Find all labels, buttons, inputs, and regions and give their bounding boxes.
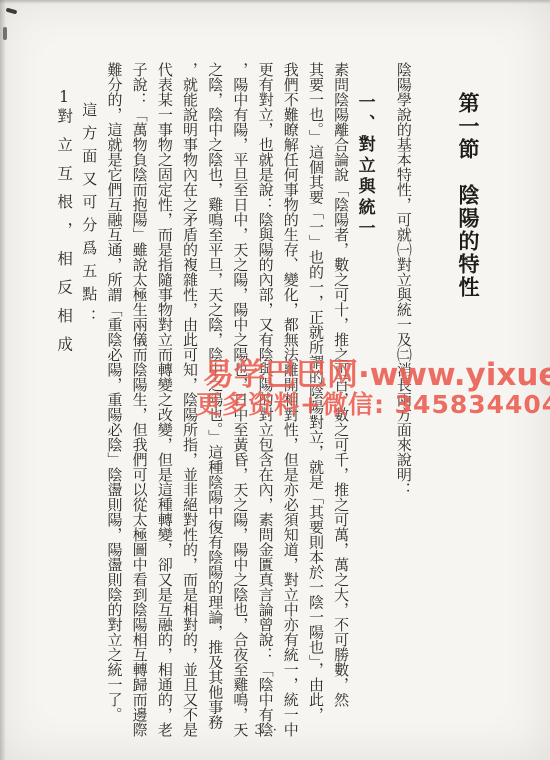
section-title: 第一節 陰陽的特性 <box>456 62 480 756</box>
scan-smudge <box>6 8 18 15</box>
body-column-4: 更有對立，也就是說：陰與陽的內部，又有陰與陽的對立包含在內，素問金匱真言論曾說：… <box>257 62 273 756</box>
page-number: · 3 · <box>0 723 520 738</box>
scan-smudge <box>3 27 7 40</box>
body-column-8: 代表某一事物之固定性，而是指隨事物對立而轉變之改變，但是這種轉變，卻又是互融的，… <box>157 62 173 756</box>
list-item-number: 1 <box>55 88 73 108</box>
subsection-heading: 一、對立與統一 <box>354 62 374 756</box>
book-page: 第一節 陰陽的特性 陰陽學說的基本特性，可就㈠對立與統一及㈡消長兩方面來說明： … <box>0 0 550 760</box>
body-column-9: 子說：「萬物負陰而抱陽」雖說太極生兩儀而陰陽生，但我們可以從太極圖中看到陰陽相互… <box>131 62 147 756</box>
body-column-7: ，就能說明事物內在之矛盾的複雜性，由此可知，陰陽所指，並非絕對性的，而是相對的，… <box>182 62 198 756</box>
scan-edge-shadow <box>0 0 550 4</box>
intro-column: 陰陽學說的基本特性，可就㈠對立與統一及㈡消長兩方面來說明： <box>396 62 412 756</box>
body-column-2: 其要一也。」這個其要「一」也的一，正就所謂的陰陽對立，就是「其要則本於一陰一陽也… <box>308 62 324 756</box>
list-item-text: 對立互根，相反相成 <box>55 108 73 365</box>
body-column-6: 之陰，陰中之陰也，雞鳴至平旦，天之陰，陰中之陽也。」這種陰陽中復有陰陽的理論，推… <box>207 62 223 756</box>
body-column-5: ，陽中有陽，平旦至日中，天之陽，陽中之陽也，日中至黃昏，天之陽，陽中之陰也，合夜… <box>232 62 248 756</box>
closing-line: 這方面又可分爲五點： <box>81 62 97 756</box>
body-column-3: 我們不難瞭解任何事物的生存、變化，都無法離開相對性，但是亦必須知道，對立中亦有統… <box>283 62 299 756</box>
scan-edge-shadow <box>0 0 6 760</box>
list-item-1: 1對立互根，相反相成 <box>55 62 72 756</box>
body-column-1: 素問陰陽離合論說「陰陽者，數之可十，推之可百，數之可千，推之可萬，萬之大，不可勝… <box>333 62 349 756</box>
body-column-10: 難分的，這就是它們互融互通，所謂「重陰必陽，重陽必陰」陰盪則陽，陽盪則陰的對立之… <box>106 62 122 756</box>
page-text: 第一節 陰陽的特性 陰陽學說的基本特性，可就㈠對立與統一及㈡消長兩方面來說明： … <box>46 62 480 756</box>
